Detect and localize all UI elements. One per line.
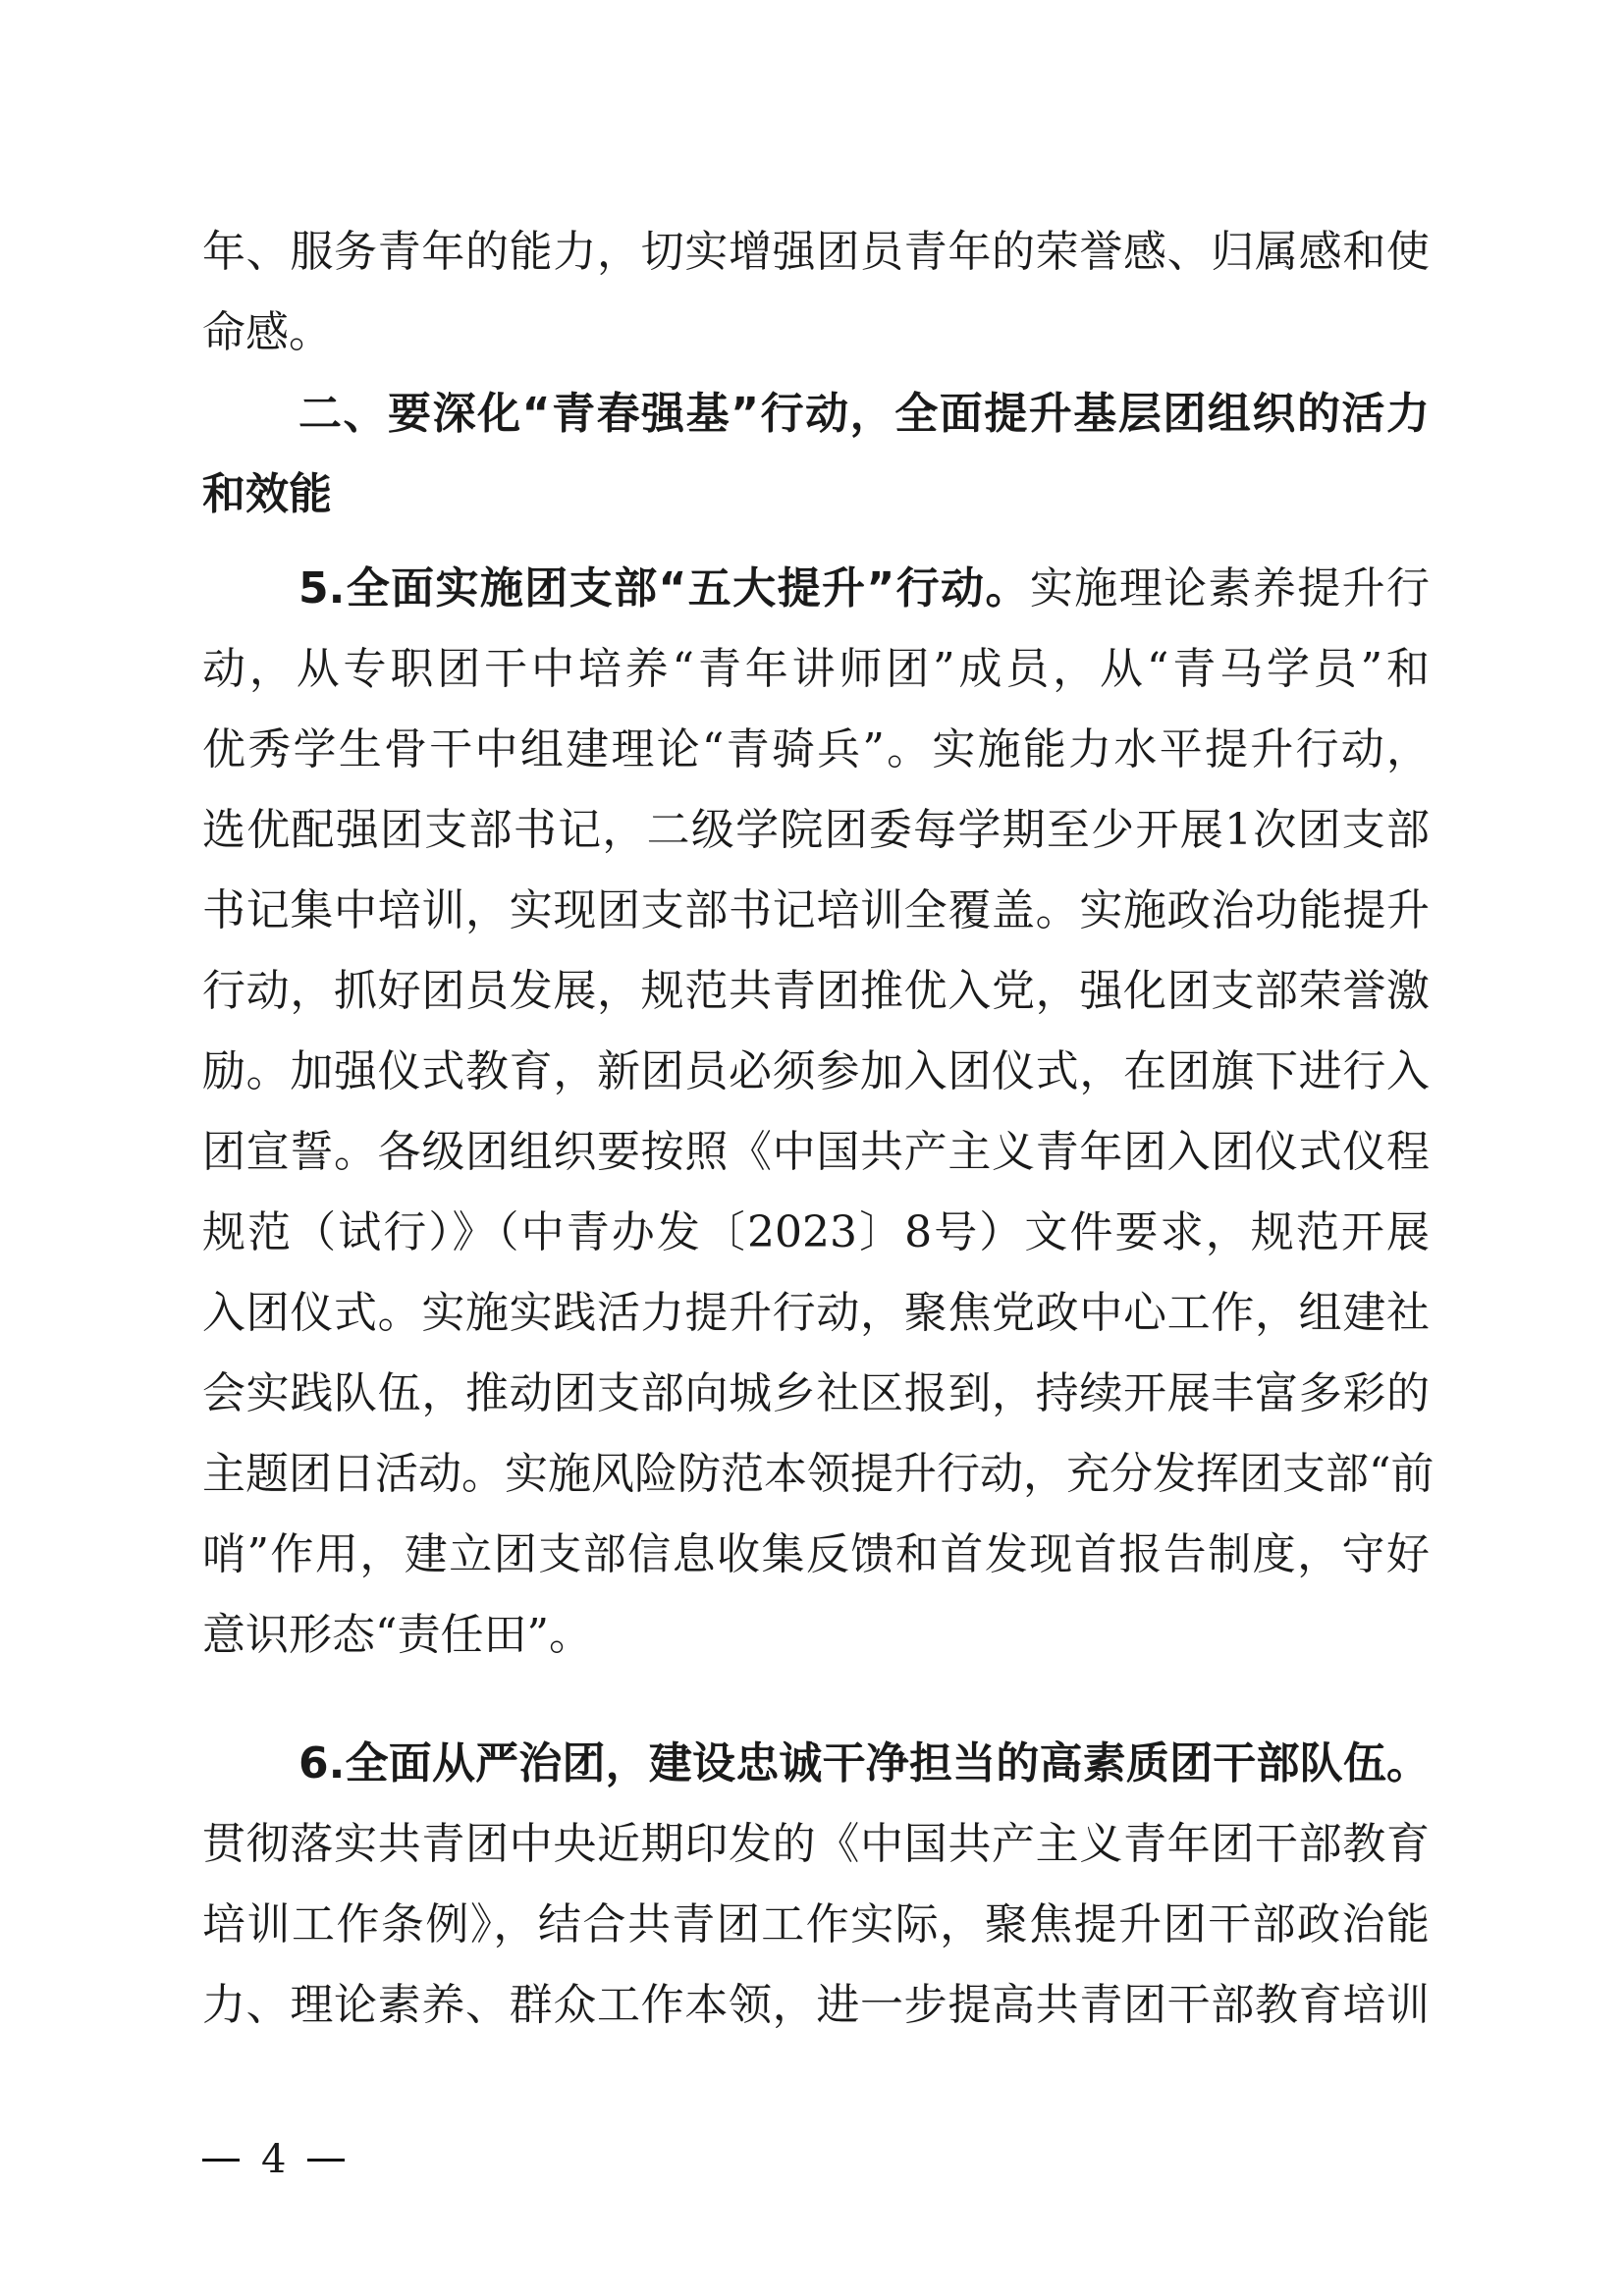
paragraph-line: 培训工作条例》，结合共青团工作实际，聚焦提升团干部政治能 <box>202 1891 1430 1959</box>
item-6-title: 6.全面从严治团，建设忠诚干净担当的高素质团干部队伍。 <box>298 1730 1430 1798</box>
dash-left <box>202 2159 240 2162</box>
paragraph-line: 励。加强仪式教育，新团员必须参加入团仪式，在团旗下进行入 <box>202 1038 1430 1106</box>
paragraph-line: 主题团日活动。实施风险防范本领提升行动，充分发挥团支部“前 <box>202 1440 1430 1509</box>
paragraph-line: 规范（试行）》（中青办发〔2023〕8号）文件要求，规范开展 <box>202 1199 1430 1267</box>
paragraph-line: 选优配强团支部书记，二级学院团委每学期至少开展1次团支部 <box>202 796 1430 865</box>
paragraph-line: 哨”作用，建立团支部信息收集反馈和首发现首报告制度，守好 <box>202 1521 1430 1589</box>
paragraph-line: 会实践队伍，推动团支部向城乡社区报到，持续开展丰富多彩的 <box>202 1360 1430 1428</box>
paragraph-line: 优秀学生骨干中组建理论“青骑兵”。实施能力水平提升行动， <box>202 716 1430 784</box>
paragraph-line: 命感。 <box>202 298 1430 367</box>
paragraph-line: 年、服务青年的能力，切实增强团员青年的荣誉感、归属感和使 <box>202 218 1430 287</box>
paragraph-line: 动，从专职团干中培养“青年讲师团”成员，从“青马学员”和 <box>202 635 1430 704</box>
paragraph-line: 力、理论素养、群众工作本领，进一步提高共青团干部教育培训 <box>202 1971 1430 2040</box>
paragraph-line: 行动，抓好团员发展，规范共青团推优入党，强化团支部荣誉激 <box>202 957 1430 1026</box>
dash-right <box>307 2159 345 2162</box>
paragraph-line: 书记集中培训，实现团支部书记培训全覆盖。实施政治功能提升 <box>202 877 1430 945</box>
paragraph-line: 贯彻落实共青团中央近期印发的《中国共产主义青年团干部教育 <box>202 1810 1430 1879</box>
paragraph-line: 入团仪式。实施实践活力提升行动，聚焦党政中心工作，组建社 <box>202 1279 1430 1348</box>
item-5-text: 实施理论素养提升行 <box>1030 563 1430 614</box>
document-page: 年、服务青年的能力，切实增强团员青年的荣誉感、归属感和使 命感。 二、要深化“青… <box>0 0 1624 2296</box>
page-footer: 4 <box>202 2130 345 2189</box>
section-heading: 和效能 <box>202 460 1430 529</box>
paragraph-line: 意识形态“责任田”。 <box>202 1601 1430 1670</box>
paragraph-line: 团宣誓。各级团组织要按照《中国共产主义青年团入团仪式仪程 <box>202 1118 1430 1187</box>
item-5-first-line: 5.全面实施团支部“五大提升”行动。实施理论素养提升行 <box>298 555 1430 623</box>
page-number: 4 <box>261 2130 286 2189</box>
section-heading: 二、要深化“青春强基”行动，全面提升基层团组织的活力 <box>298 380 1430 449</box>
item-5-title: 5.全面实施团支部“五大提升”行动。 <box>298 563 1030 614</box>
